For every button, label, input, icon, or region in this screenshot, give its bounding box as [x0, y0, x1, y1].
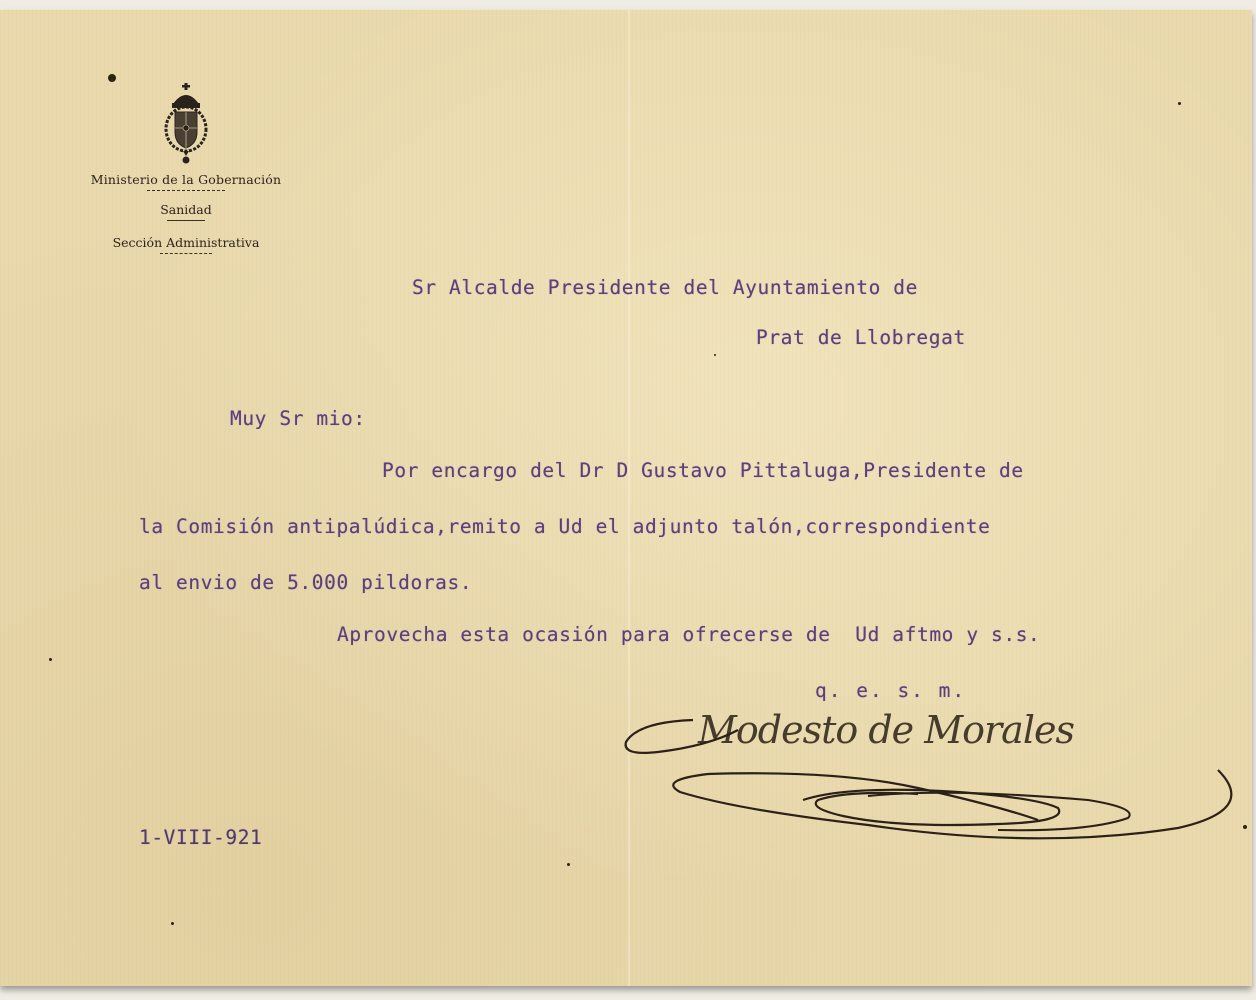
body-line: al envio de 5.000 pildoras.	[139, 571, 472, 594]
department-name: Sanidad	[68, 202, 304, 217]
closing-abbreviation: q. e. s. m.	[815, 679, 966, 702]
body-line: la Comisión antipalúdica,remito a Ud el …	[139, 515, 990, 538]
paper-speck	[714, 354, 716, 356]
letterhead-divider	[160, 253, 212, 255]
paper-speck	[108, 74, 116, 82]
letterhead-divider	[167, 220, 205, 222]
salutation: Muy Sr mio:	[230, 407, 366, 430]
ministry-name: Ministerio de la Gobernación	[68, 172, 304, 187]
coat-of-arms-icon	[161, 82, 211, 166]
paper-speck	[567, 863, 570, 866]
body-line: Por encargo del Dr D Gustavo Pittaluga,P…	[382, 459, 1024, 482]
closing-line: Aprovecha esta ocasión para ofrecerse de…	[337, 623, 1040, 646]
addressee-line-1: Sr Alcalde Presidente del Ayuntamiento d…	[412, 276, 918, 299]
letterhead: Ministerio de la Gobernación Sanidad Sec…	[68, 82, 304, 255]
section-name: Sección Administrativa	[68, 235, 304, 250]
letter-sheet: Ministerio de la Gobernación Sanidad Sec…	[0, 10, 1252, 986]
paper-speck	[1178, 102, 1181, 105]
paper-speck	[1243, 825, 1247, 829]
handwritten-signature: Modesto de Morales	[618, 700, 1248, 850]
signature-name: Modesto de Morales	[698, 708, 1074, 752]
letterhead-divider	[147, 190, 225, 192]
letter-date: 1-VIII-921	[139, 826, 262, 849]
paper-speck	[49, 658, 52, 661]
addressee-line-2: Prat de Llobregat	[756, 326, 966, 349]
paper-speck	[171, 922, 174, 925]
